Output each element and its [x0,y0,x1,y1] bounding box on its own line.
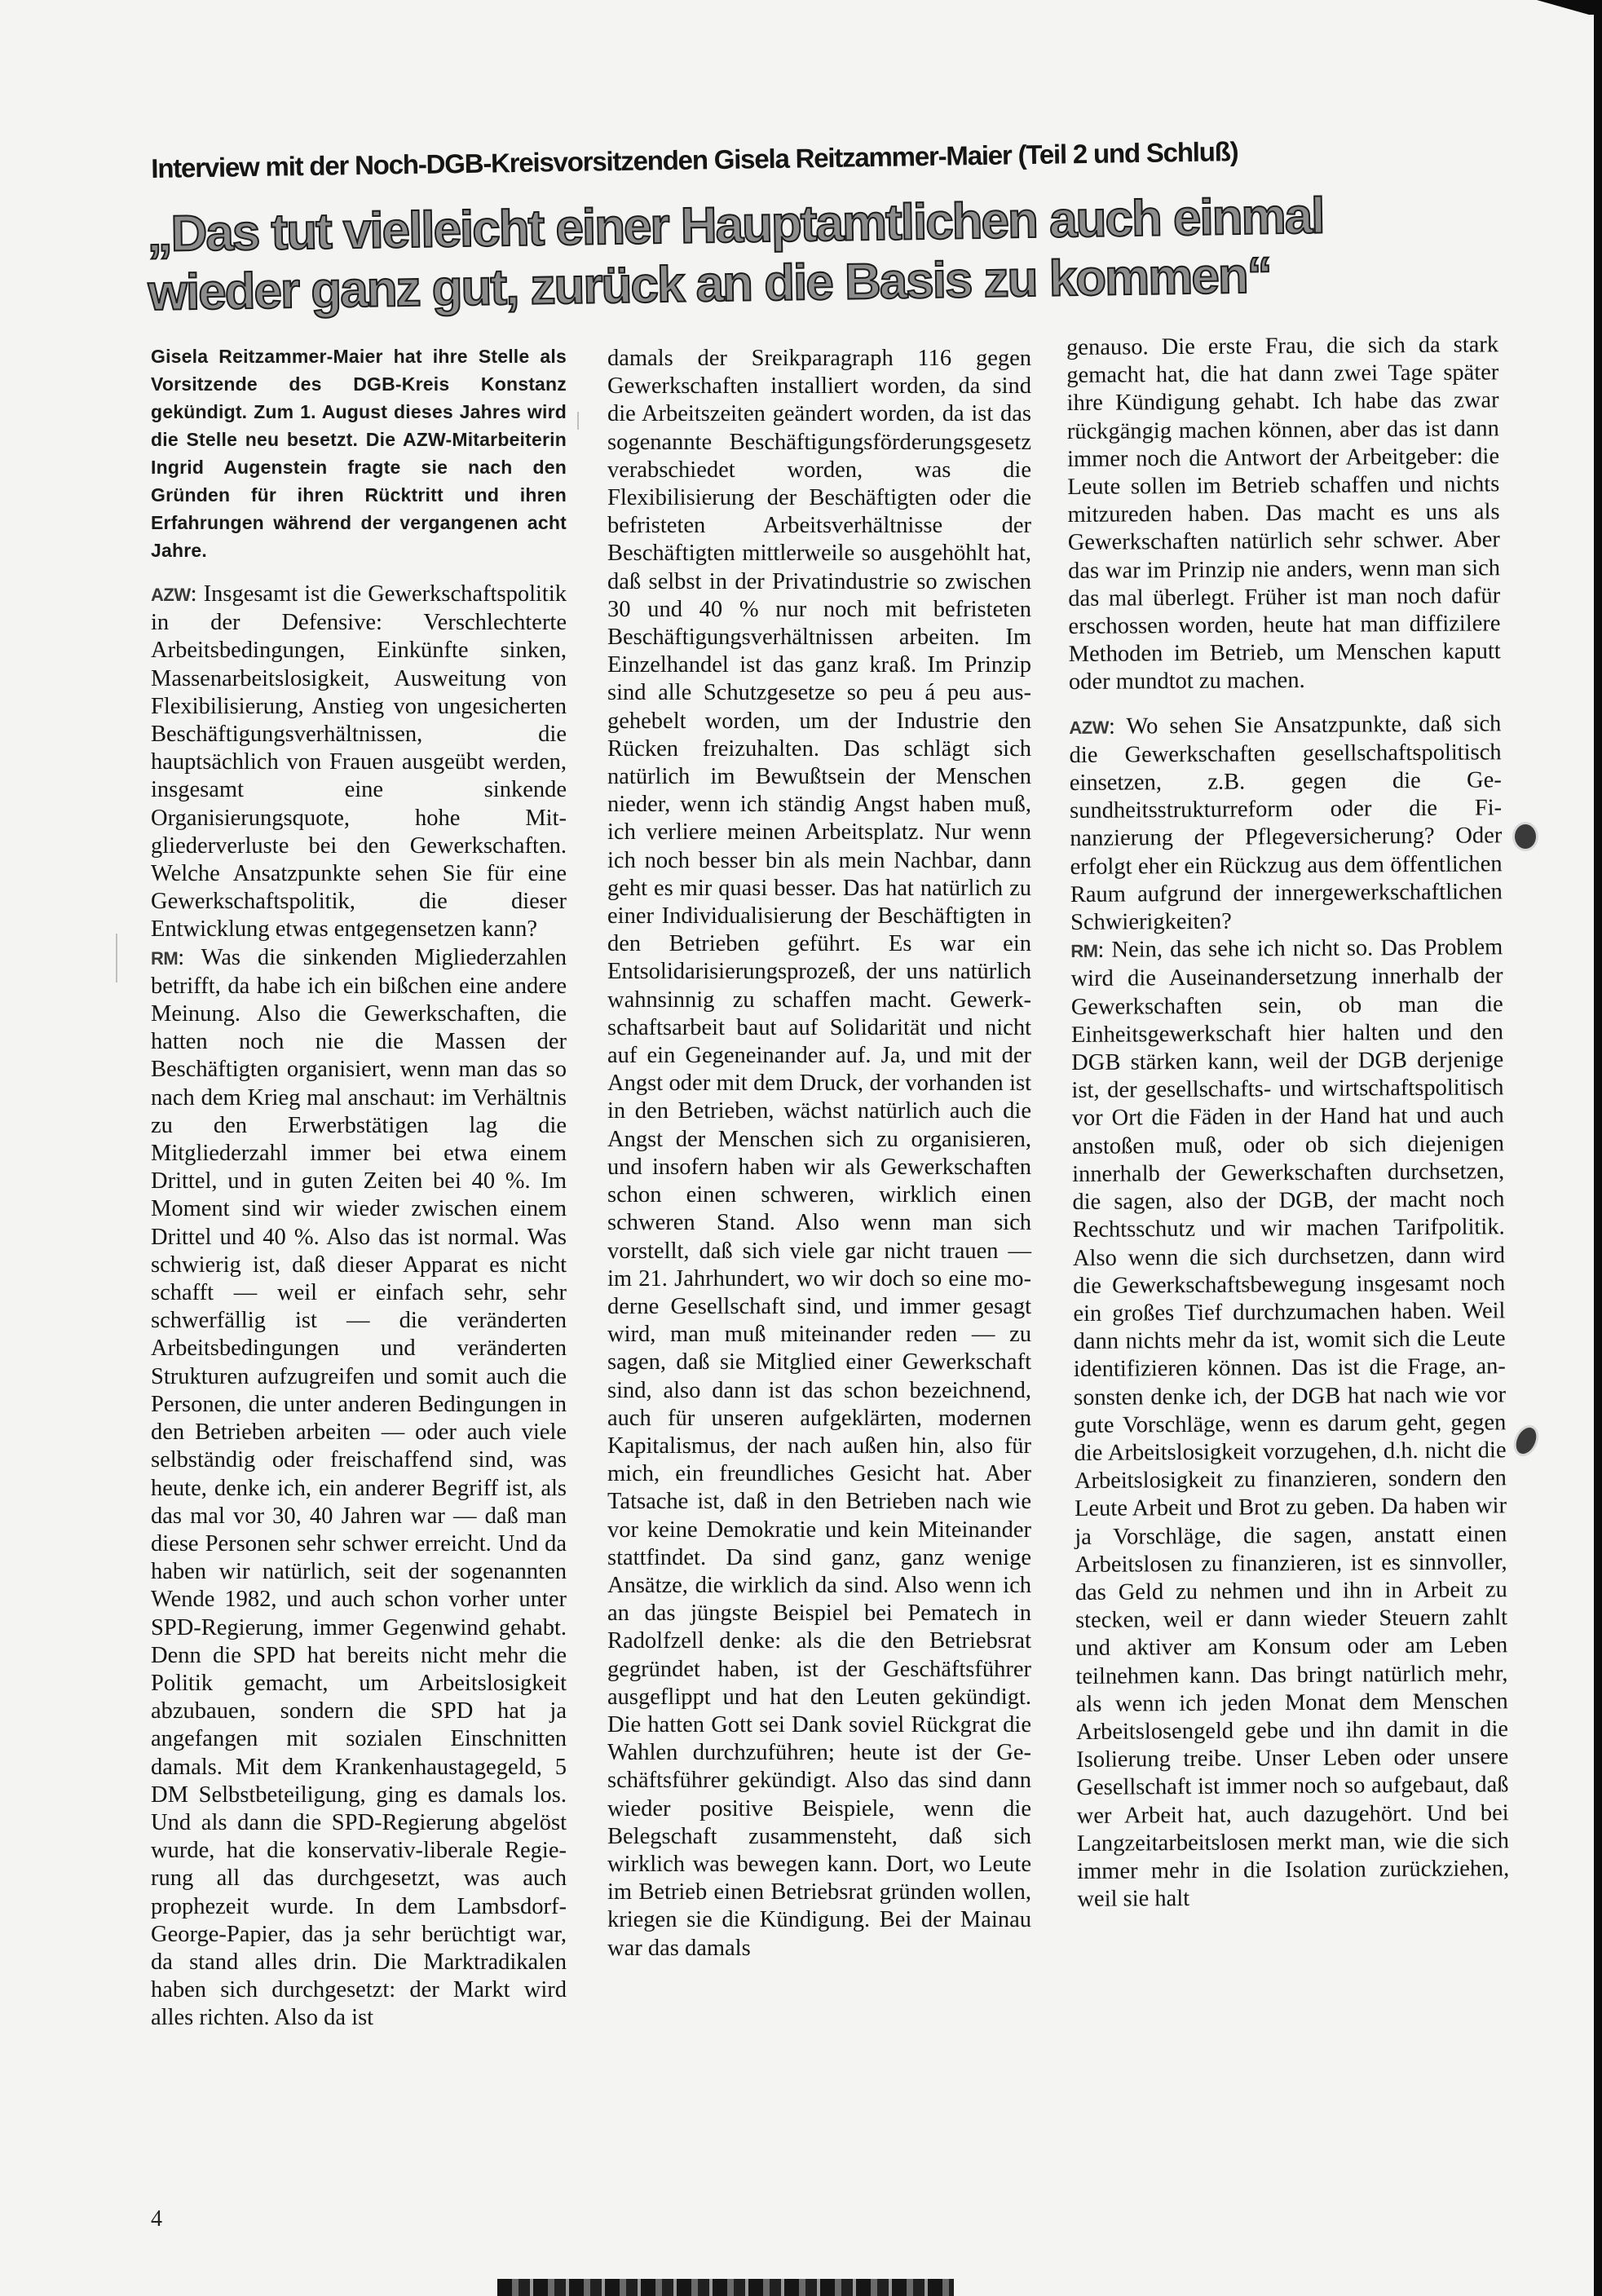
paragraph-text: : Insgesamt ist die Gewerkschafts­politi… [151,581,567,942]
paragraph-text: : Nein, das sehe ich nicht so. Das Probl… [1070,935,1509,1913]
text-column-2: damals der Sreikparagraph 116 gegen Gewe… [607,345,1031,1963]
punch-hole-mark [1509,1421,1543,1460]
paragraph-answer: RM: Nein, das sehe ich nicht so. Das Pro… [1070,934,1509,1914]
margin-mark [116,934,117,982]
speaker-tag-rm: RM [151,948,178,969]
speaker-tag-azw: AZW [1069,717,1109,737]
scan-artifact [497,2279,954,2296]
speaker-tag-azw: AZW [151,585,191,605]
article-kicker: Interview mit der Noch-DGB-Kreisvorsitze… [151,135,1357,184]
speaker-tag-rm: RM [1070,941,1097,961]
paragraph-question: AZW: Insgesamt ist die Gewerkschafts­pol… [151,581,567,944]
article-headline: „Das tut vielleicht einer Hauptamtlichen… [147,188,1290,323]
punch-hole-mark [1512,822,1538,851]
page-number: 4 [151,2206,162,2232]
paragraph-answer-continued: damals der Sreikparagraph 116 gegen Gewe… [607,345,1031,1963]
paragraph-question: AZW: Wo sehen Sie Ansatzpunkte, daß sich… [1069,710,1503,937]
paragraph-text: : Wo sehen Sie Ansatzpunkte, daß sich di… [1069,711,1502,935]
margin-mark [577,412,579,430]
article-intro: Gisela Reitzammer-Maier hat ihre Stelle … [151,342,567,564]
scan-corner [1537,0,1602,15]
scan-edge [1594,0,1602,2296]
paragraph-text: : Was die sinkenden Migliederzahlen betr… [151,945,567,2031]
scanned-page: Interview mit der Noch-DGB-Kreisvorsitze… [0,0,1602,2296]
text-column-3: genauso. Die erste Frau, die sich da sta… [1066,331,1510,1914]
paragraph-text: genauso. Die erste Frau, die sich da sta… [1066,332,1501,695]
paragraph-text: damals der Sreikparagraph 116 gegen Gewe… [607,346,1031,1961]
paragraph-answer-continued: genauso. Die erste Frau, die sich da sta… [1066,331,1501,696]
text-column-1: Gisela Reitzammer-Maier hat ihre Stelle … [151,342,567,2033]
paragraph-answer: RM: Was die sinkenden Migliederzahlen be… [151,944,567,2033]
